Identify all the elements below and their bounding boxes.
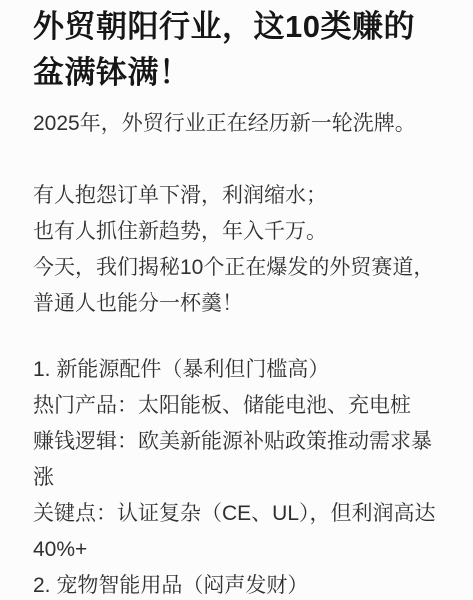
section-2-heading: 2. 宠物智能用品（闷声发财） <box>33 568 444 600</box>
article-body: 外贸朝阳行业，这10类赚的盆满钵满！ 2025年，外贸行业正在经历新一轮洗牌。 … <box>0 0 473 600</box>
section-1-heading: 1. 新能源配件（暴利但门槛高） <box>33 352 444 388</box>
intro-paragraph: 2025年，外贸行业正在经历新一轮洗牌。 <box>33 106 444 142</box>
section-1-key-point: 关键点：认证复杂（CE、UL），但利润高达40%+ <box>33 496 444 568</box>
section-1-money-logic: 赚钱逻辑：欧美新能源补贴政策推动需求暴涨 <box>33 424 444 496</box>
section-1-hot-products: 热门产品：太阳能板、储能电池、充电桩 <box>33 388 444 424</box>
article-title: 外贸朝阳行业，这10类赚的盆满钵满！ <box>33 4 444 96</box>
section-1: 1. 新能源配件（暴利但门槛高） 热门产品：太阳能板、储能电池、充电桩 赚钱逻辑… <box>33 352 444 600</box>
hook-paragraph: 有人抱怨订单下滑，利润缩水； 也有人抓住新趋势，年入千万。 今天，我们揭秘10个… <box>33 178 444 322</box>
